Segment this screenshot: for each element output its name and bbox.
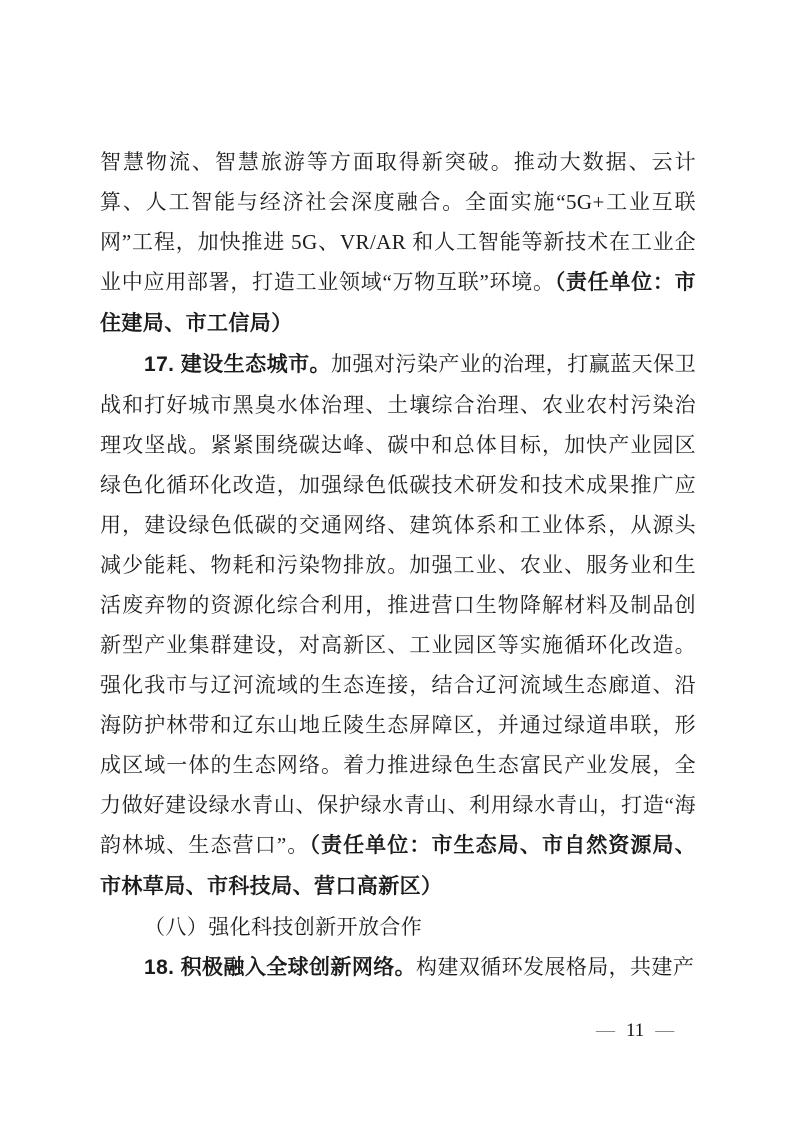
paragraph-18: 18. 积极融入全球创新网络。构建双循环发展格局，共建产 [100,947,696,988]
paragraph-17: 17. 建设生态城市。加强对污染产业的治理，打赢蓝天保卫战和打好城市黑臭水体治理… [100,344,696,907]
body-text: 加强对污染产业的治理，打赢蓝天保卫战和打好城市黑臭水体治理、土壤综合治理、农业农… [100,352,696,857]
page-number-value: 11 [626,1020,644,1041]
section-heading-8: （八）强化科技创新开放合作 [100,907,696,947]
section-heading-text: （八）强化科技创新开放合作 [144,915,422,939]
page-number: —11— [596,1019,674,1043]
page-number-dash-left: — [596,1020,615,1041]
page-number-dash-right: — [655,1020,674,1041]
item-17-heading: 17. 建设生态城市。 [144,353,331,376]
paragraph-16-continuation: 智慧物流、智慧旅游等方面取得新突破。推动大数据、云计算、人工智能与经济社会深度融… [100,142,696,344]
document-page: 智慧物流、智慧旅游等方面取得新突破。推动大数据、云计算、人工智能与经济社会深度融… [0,0,793,1122]
body-text: 构建双循环发展格局，共建产 [416,955,694,979]
document-body: 智慧物流、智慧旅游等方面取得新突破。推动大数据、云计算、人工智能与经济社会深度融… [100,142,696,988]
item-18-heading: 18. 积极融入全球创新网络。 [144,956,416,979]
